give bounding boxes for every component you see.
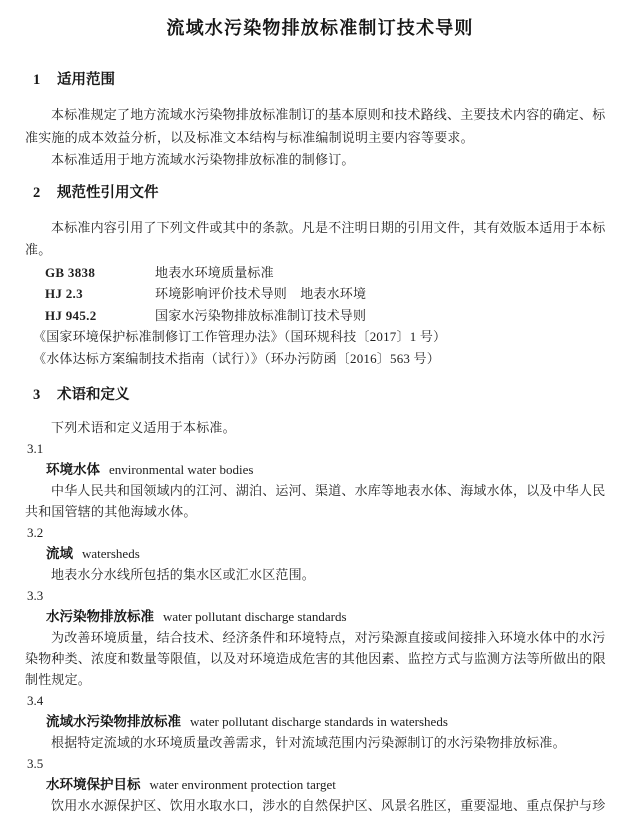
term-title: 水污染物排放标准water pollutant discharge standa… xyxy=(25,606,615,627)
section-3-intro: 下列术语和定义适用于本标准。 xyxy=(25,417,615,438)
reference-code: HJ 945.2 xyxy=(45,305,155,327)
term-title: 环境水体environmental water bodies xyxy=(25,459,615,480)
reference-row: HJ 945.2 国家水污染物排放标准制订技术导则 xyxy=(25,305,615,327)
term-en: environmental water bodies xyxy=(109,462,253,477)
term-definition: 根据特定流域的水环境质量改善需求，针对流域范围内污染源制订的水污染物排放标准。 xyxy=(25,732,615,753)
term-number: 3.4 xyxy=(25,690,615,711)
reference-code: HJ 2.3 xyxy=(45,283,155,305)
document-page: 流域水污染物排放标准制订技术导则 1适用范围 本标准规定了地方流域水污染物排放标… xyxy=(0,0,640,814)
section-1-heading: 1适用范围 xyxy=(33,72,615,88)
section-1-paragraph: 本标准规定了地方流域水污染物排放标准制订的基本原则和技术路线、主要技术内容的确定… xyxy=(25,104,615,149)
section-2-title: 规范性引用文件 xyxy=(57,185,159,201)
reference-name: 环境影响评价技术导则 地表水环境 xyxy=(155,283,366,305)
section-2-intro: 本标准内容引用了下列文件或其中的条款。凡是不注明日期的引用文件，其有效版本适用于… xyxy=(25,217,615,262)
reference-name: 地表水环境质量标准 xyxy=(155,262,274,284)
cited-document: 《国家环境保护标准制修订工作管理办法》（国环规科技〔2017〕1 号） xyxy=(25,326,615,348)
reference-name: 国家水污染物排放标准制订技术导则 xyxy=(155,305,366,327)
term-en: water pollutant discharge standards in w… xyxy=(190,714,448,729)
document-title: 流域水污染物排放标准制订技术导则 xyxy=(25,14,615,42)
section-1-paragraph: 本标准适用于地方流域水污染物排放标准的制修订。 xyxy=(25,149,615,172)
term-number: 3.1 xyxy=(25,438,615,459)
term-number: 3.5 xyxy=(25,753,615,774)
reference-code: GB 3838 xyxy=(45,262,155,284)
term-zh: 流域水污染物排放标准 xyxy=(46,714,181,729)
term-number: 3.3 xyxy=(25,585,615,606)
term-definition: 饮用水水源保护区、饮用水取水口，涉水的自然保护区、风景名胜区，重要湿地、重点保护… xyxy=(25,795,615,814)
term-title: 流域watersheds xyxy=(25,543,615,564)
term-zh: 流域 xyxy=(46,546,73,561)
section-3-number: 3 xyxy=(33,387,57,403)
term-en: water environment protection target xyxy=(150,777,336,792)
reference-row: GB 3838 地表水环境质量标准 xyxy=(25,262,615,284)
term-zh: 水污染物排放标准 xyxy=(46,609,154,624)
term-zh: 环境水体 xyxy=(46,462,100,477)
reference-row: HJ 2.3 环境影响评价技术导则 地表水环境 xyxy=(25,283,615,305)
term-title: 水环境保护目标water environment protection targ… xyxy=(25,774,615,795)
term-definition: 为改善环境质量，结合技术、经济条件和环境特点，对污染源直接或间接排入环境水体中的… xyxy=(25,627,615,690)
section-3-title: 术语和定义 xyxy=(57,387,130,403)
term-en: watersheds xyxy=(82,546,140,561)
term-en: water pollutant discharge standards xyxy=(163,609,347,624)
term-definition: 中华人民共和国领域内的江河、湖泊、运河、渠道、水库等地表水体、海域水体，以及中华… xyxy=(25,480,615,522)
section-1-number: 1 xyxy=(33,72,57,88)
section-2-number: 2 xyxy=(33,185,57,201)
section-3-heading: 3术语和定义 xyxy=(33,387,615,403)
section-1-title: 适用范围 xyxy=(57,72,115,88)
cited-document: 《水体达标方案编制技术指南（试行）》（环办污防函〔2016〕563 号） xyxy=(25,348,615,370)
term-number: 3.2 xyxy=(25,522,615,543)
term-title: 流域水污染物排放标准water pollutant discharge stan… xyxy=(25,711,615,732)
section-2-heading: 2规范性引用文件 xyxy=(33,185,615,201)
term-definition: 地表水分水线所包括的集水区或汇水区范围。 xyxy=(25,564,615,585)
term-zh: 水环境保护目标 xyxy=(46,777,141,792)
